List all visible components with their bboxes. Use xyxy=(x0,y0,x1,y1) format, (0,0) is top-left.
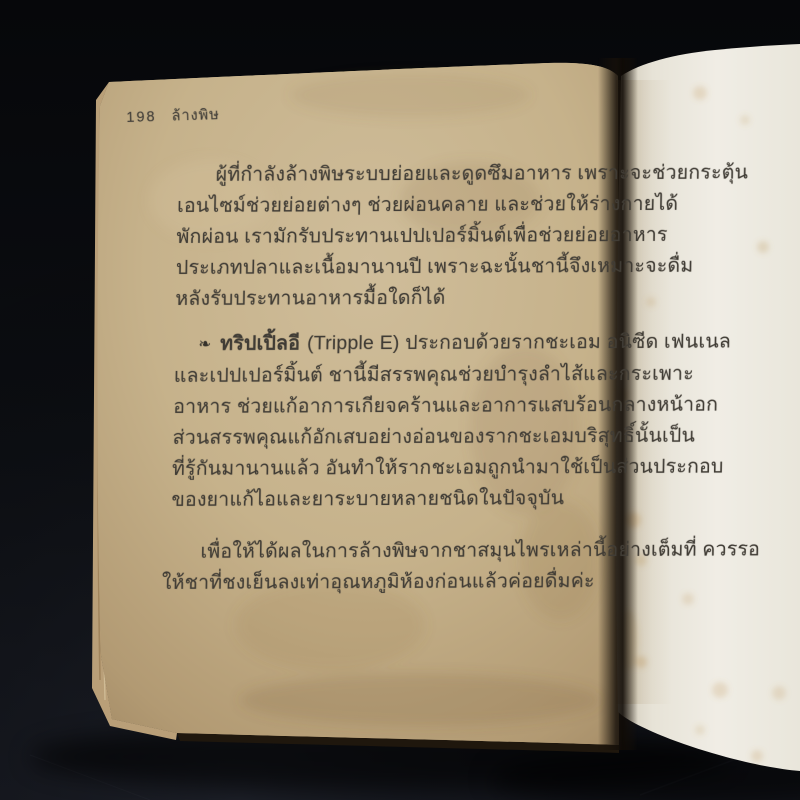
right-page-blank xyxy=(630,60,800,750)
text-line: ให้ชาที่ชงเย็นลงเท่าอุณหภูมิห้องก่อนแล้ว… xyxy=(162,566,592,599)
page-number: 198 xyxy=(126,109,157,126)
term-name-bold: ทริปเปิ้ลอี xyxy=(220,332,300,354)
text-line: ประเภทปลาและเนื้อมานานปี เพราะฉะนั้นชานี… xyxy=(176,251,598,284)
leaf-bullet-icon: ❧ xyxy=(198,329,211,360)
text-line: ของยาแก้ไอและยาระบายหลายชนิดในปัจจุบัน xyxy=(171,483,593,516)
book-photo: 198ล้างพิษ ผู้ที่กำลังล้างพิษระบบย่อยและ… xyxy=(0,0,800,800)
text-line: และเปปเปอร์มิ้นต์ ชานี้มีสรรพคุณช่วยบำรุ… xyxy=(174,359,596,392)
text-line: ที่รู้กันมานานแล้ว อันทำให้รากชะเอมถูกนำ… xyxy=(172,452,594,485)
paragraph: ผู้ที่กำลังล้างพิษระบบย่อยและดูดซึมอาหาร… xyxy=(175,158,599,315)
running-title: ล้างพิษ xyxy=(171,107,220,125)
bulleted-paragraph: ❧ทริปเปิ้ลอี(Tripple E) ประกอบด้วยรากชะเ… xyxy=(171,327,596,516)
text-line: หลังรับประทานอาหารมื้อใดก็ได้ xyxy=(175,282,597,315)
paragraph: เพื่อให้ได้ผลในการล้างพิษจากชาสมุนไพรเหล… xyxy=(162,535,592,599)
text-line: เอนไซม์ช่วยย่อยต่างๆ ช่วยผ่อนคลาย และช่ว… xyxy=(177,189,599,222)
text-line: อาหาร ช่วยแก้อาการเกียจคร้านและอาการแสบร… xyxy=(173,390,595,423)
text-line: ผู้ที่กำลังล้างพิษระบบย่อยและดูดซึมอาหาร… xyxy=(177,158,599,191)
text-line: เพื่อให้ได้ผลในการล้างพิษจากชาสมุนไพรเหล… xyxy=(162,535,592,568)
page-header: 198ล้างพิษ xyxy=(126,103,220,129)
text-line: ❧ทริปเปิ้ลอี(Tripple E) ประกอบด้วยรากชะเ… xyxy=(174,327,596,361)
text-line: พักผ่อน เรามักรับประทานเปปเปอร์มิ้นต์เพื… xyxy=(176,220,598,253)
text-line: ส่วนสรรพคุณแก้อักเสบอย่างอ่อนของรากชะเอม… xyxy=(172,421,594,454)
left-page-text: ผู้ที่กำลังล้างพิษระบบย่อยและดูดซึมอาหาร… xyxy=(170,158,599,599)
